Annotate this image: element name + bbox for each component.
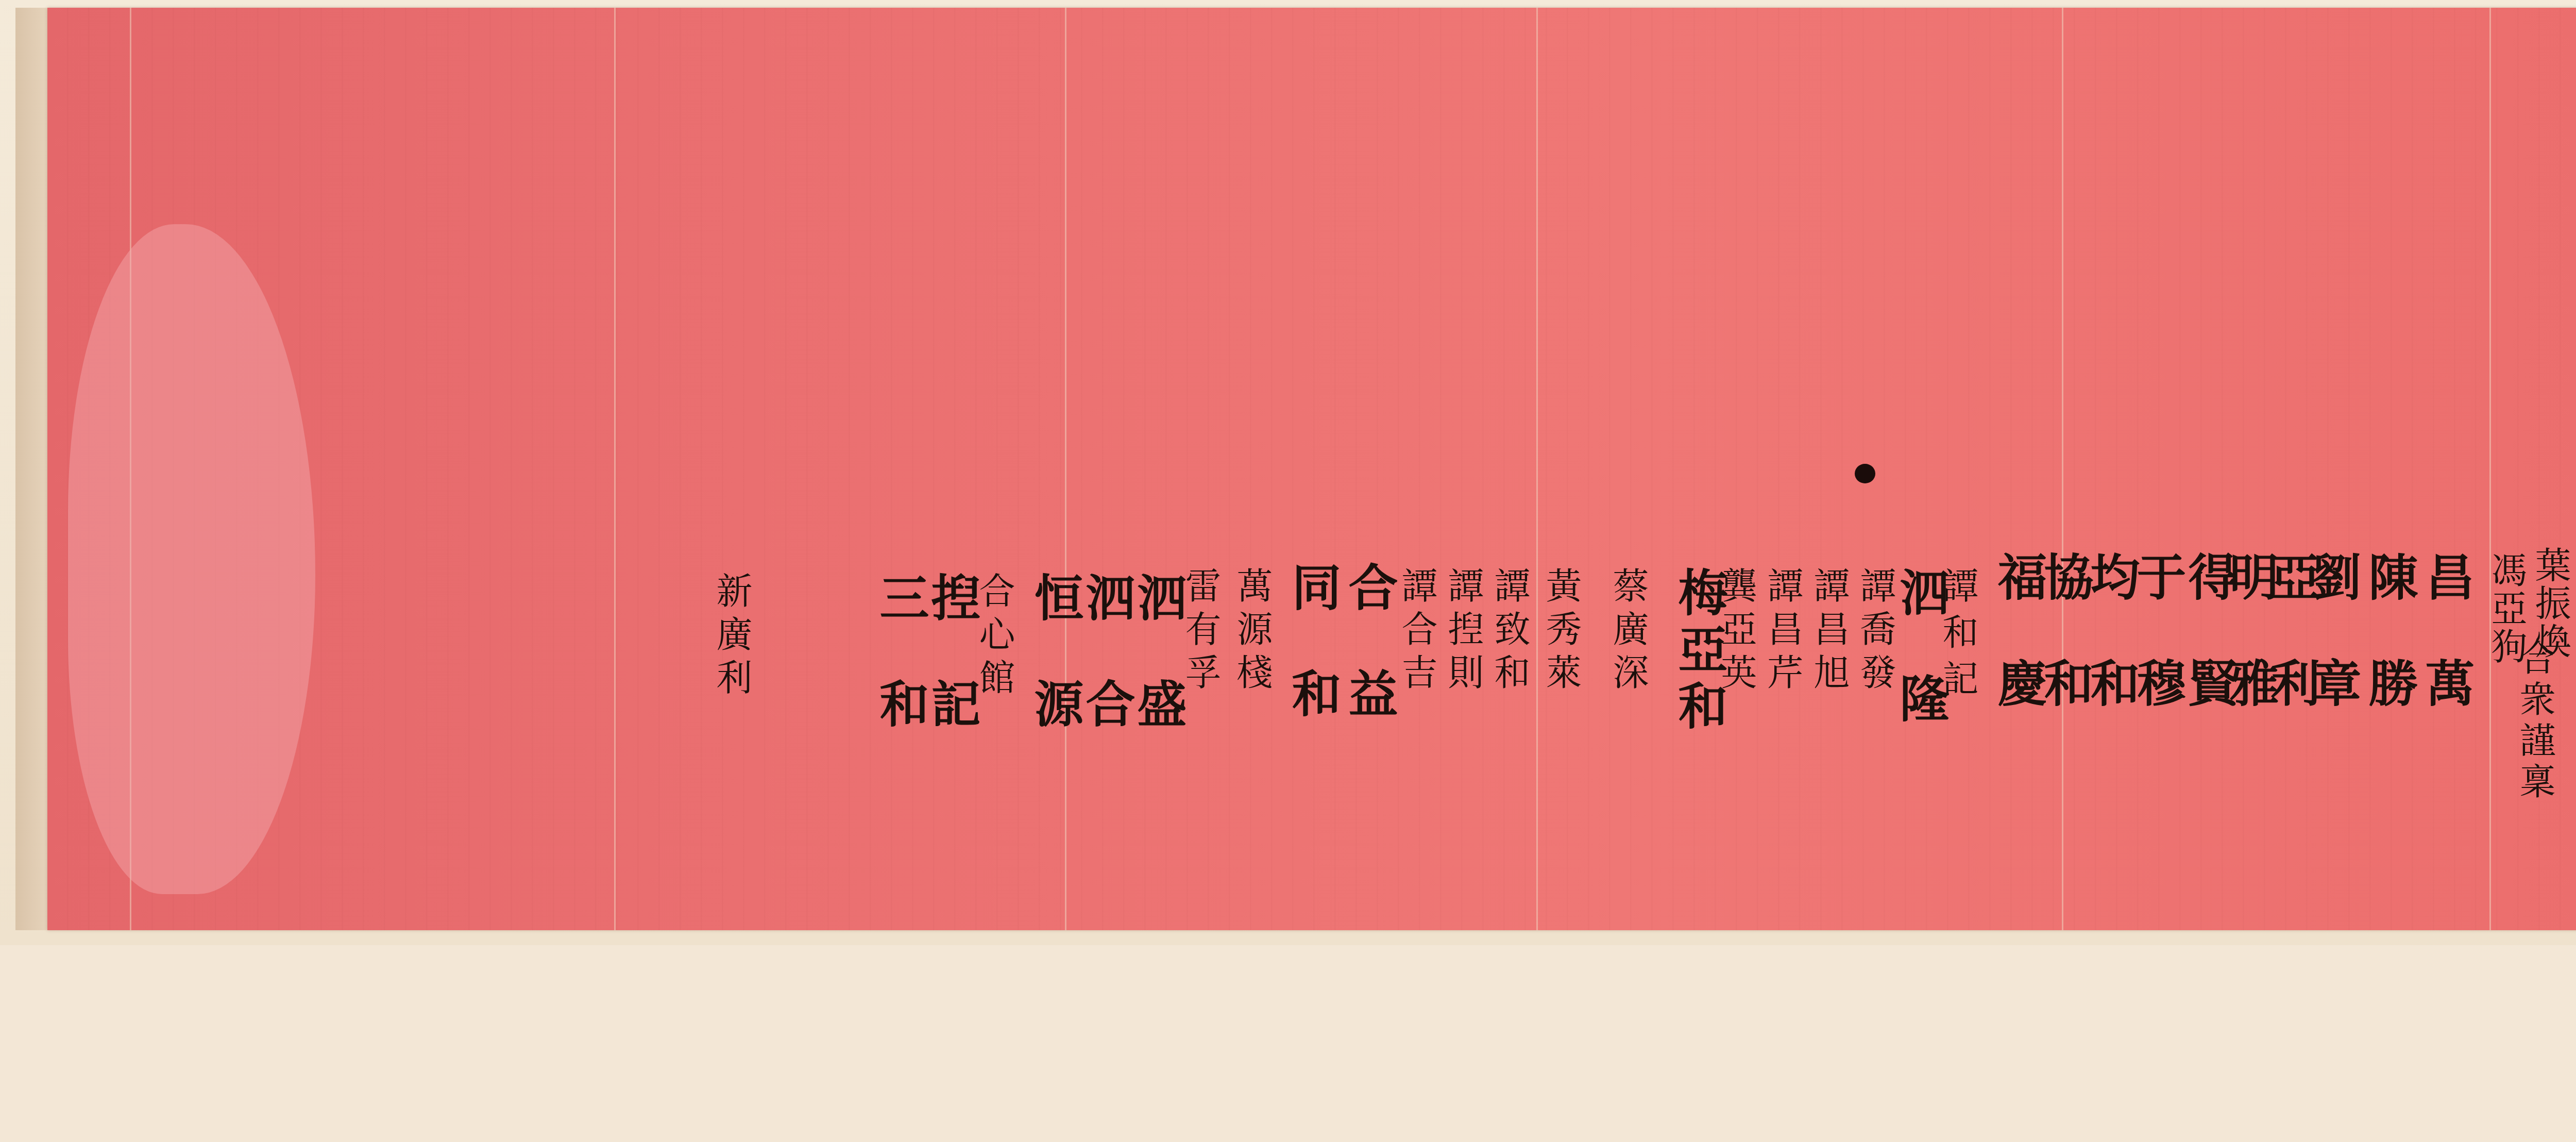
fold-line [2489, 8, 2491, 930]
firm-name: 同和 [1278, 562, 1348, 774]
firm-name: 蔡廣深 [1602, 567, 1654, 697]
fold-line [1065, 8, 1066, 930]
fold-line [1536, 8, 1538, 930]
water-stain [68, 224, 315, 894]
ink-blot [1855, 464, 1875, 483]
fold-line [614, 8, 616, 930]
firm-name: 譚昌旭 [1803, 567, 1855, 697]
firm-name: 萬源棧 [1226, 567, 1278, 697]
firm-name: 譚揑則 [1437, 567, 1489, 697]
fold-line [2062, 8, 2063, 930]
firm-name: 福慶 [1984, 551, 2054, 764]
red-paper-sheet [47, 8, 2576, 930]
firm-name: 梅亞和 [1664, 567, 1735, 737]
firm-name: 三和 [866, 572, 936, 784]
firm-name: 譚致和 [1484, 567, 1536, 697]
firm-name: 恒源 [1020, 572, 1091, 784]
firm-name: 黃秀萊 [1535, 567, 1587, 697]
firm-name: 譚昌芹 [1757, 567, 1809, 697]
closing-text: 合衆謹稟 [2509, 639, 2561, 804]
backing-strip [15, 8, 48, 930]
firm-name: 新廣利 [706, 572, 758, 702]
firm-name: 譚喬發 [1850, 567, 1902, 697]
